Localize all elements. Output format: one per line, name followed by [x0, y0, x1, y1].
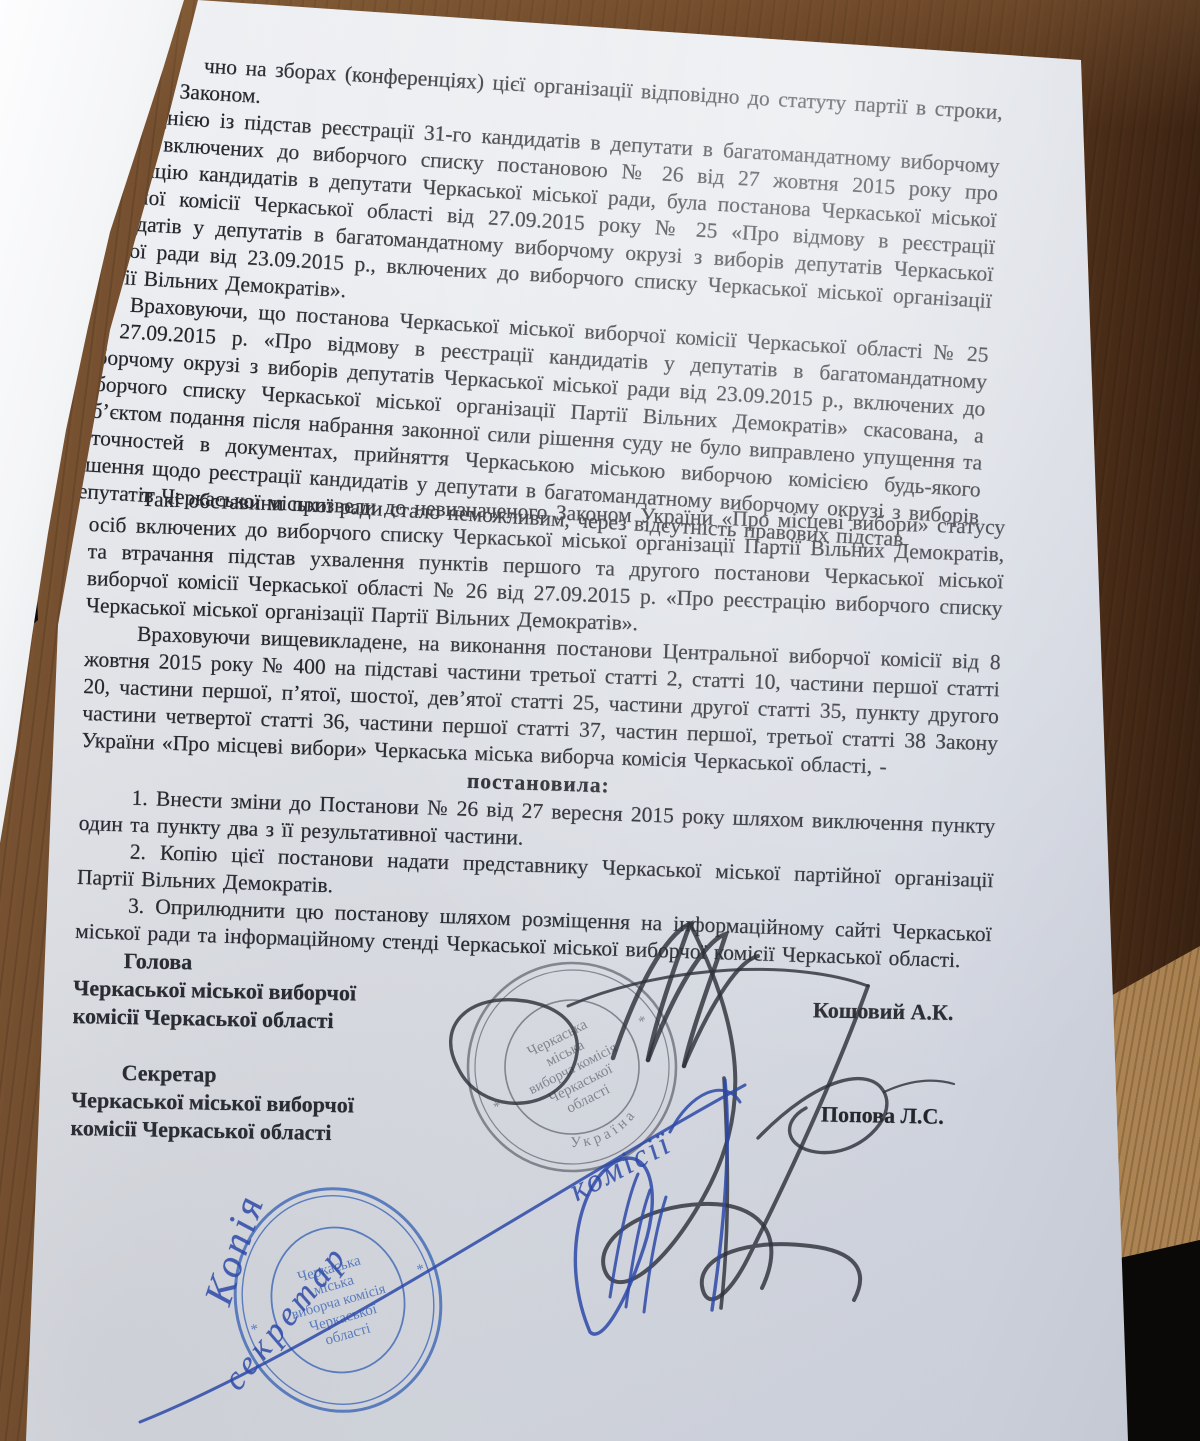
document-body-upper: чно на зборах (конференціях) цієї органі… — [66, 46, 1003, 558]
photographed-document-scene: чно на зборах (конференціях) цієї органі… — [0, 0, 1200, 1441]
document-body-lower: Такі обставини призвели до невизначеного… — [75, 484, 1006, 975]
document-page: чно на зборах (конференціях) цієї органі… — [18, 0, 1130, 1441]
